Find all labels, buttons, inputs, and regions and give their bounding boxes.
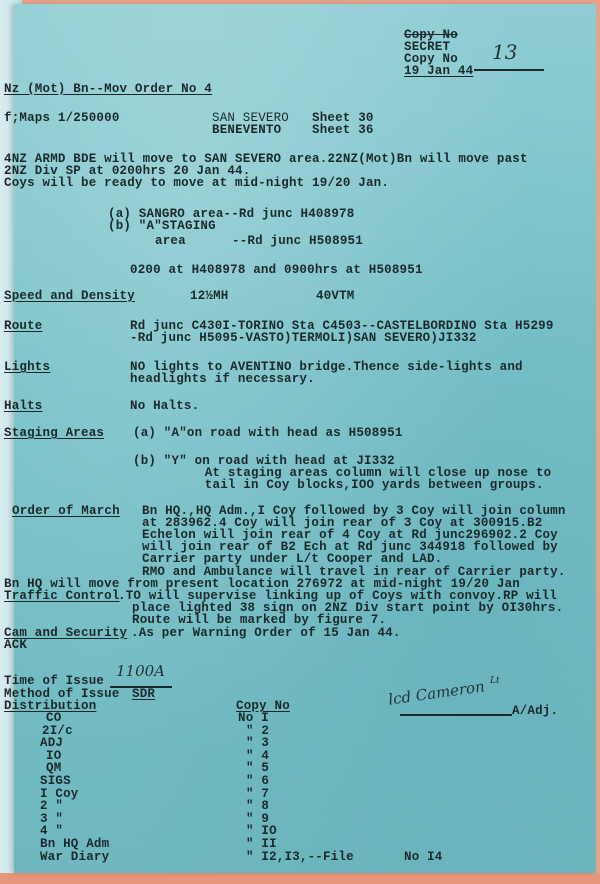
copy-no-value: 13: [492, 40, 517, 64]
signature-title: A/Adj.: [512, 705, 558, 718]
march-label: Order of March: [12, 505, 120, 518]
document-title: Nz (Mot) Bn--Mov Order No 4: [4, 83, 212, 96]
lights-label: Lights: [4, 361, 50, 374]
route-line: -Rd junc H5095-VASTO)TERMOLI)SAN SEVERO)…: [130, 332, 477, 345]
point-b-area: area --Rd junc H508951: [155, 235, 363, 248]
intro-line: Coys will be ready to move at mid-night …: [4, 177, 389, 190]
file-copy-number: No I4: [404, 851, 443, 864]
staging-line: (a) "A"on road with head as H508951: [133, 427, 403, 440]
signature-rank: Lt: [490, 676, 500, 686]
lights-line: headlights if necessary.: [130, 373, 315, 386]
map-sheet-name: BENEVENTO: [212, 124, 281, 137]
security-text: .As per Warning Order of 15 Jan 44.: [131, 627, 401, 640]
time-of-issue-value: 1100A: [116, 662, 165, 680]
density-value: 40VTM: [316, 290, 355, 303]
desk-background: [0, 873, 600, 884]
method-of-issue-value: SDR: [132, 688, 155, 701]
distribution-copy-number: " I2,I3,--File: [246, 851, 354, 864]
distribution-recipient: War Diary: [40, 851, 109, 864]
halts-label: Halts: [4, 400, 43, 413]
signature-rule: [400, 714, 512, 716]
halts-text: No Halts.: [130, 400, 199, 413]
route-label: Route: [4, 320, 43, 333]
copy-no-rule: [474, 69, 544, 71]
staging-line: tail in Coy blocks,IOO yards between gro…: [174, 479, 544, 492]
staging-label: Staging Areas: [4, 427, 104, 440]
maps-label: f;Maps 1/250000: [4, 112, 120, 125]
speed-value: 12½MH: [190, 290, 229, 303]
map-sheet-number: Sheet 36: [312, 124, 374, 137]
timings: 0200 at H408978 and 0900hrs at H508951: [130, 264, 423, 277]
traffic-label: Traffic Control: [4, 590, 120, 603]
speed-label: Speed and Density: [4, 290, 135, 303]
document-date: 19 Jan 44: [404, 65, 473, 78]
ack: ACK: [4, 639, 27, 652]
point-b: (b) "A"STAGING: [108, 220, 216, 233]
